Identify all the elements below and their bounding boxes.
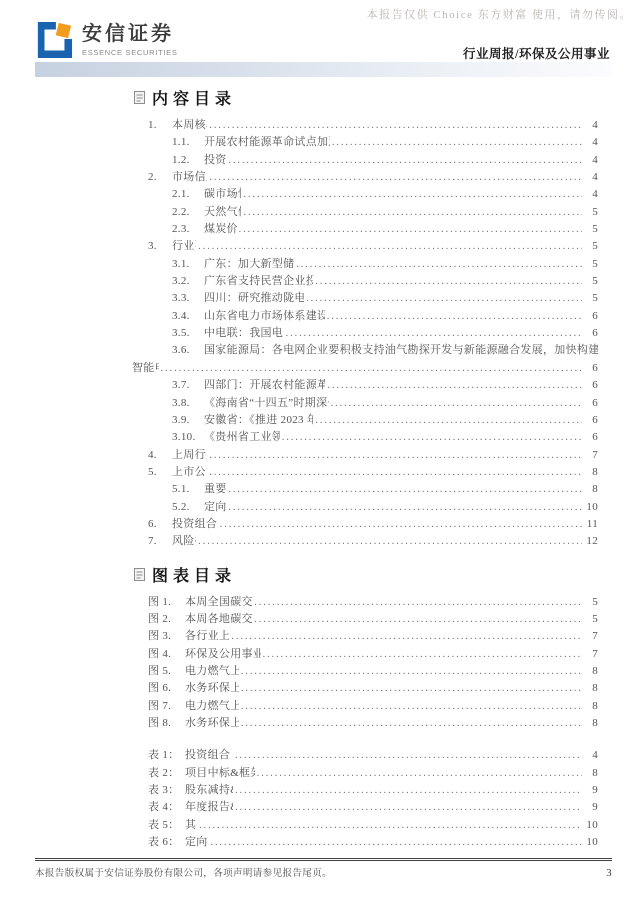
report-page: 本报告仅供 Choice 东方财富 使用，请勿传阅。 安信证券 ESSENCE …	[0, 0, 640, 905]
dot-leader	[241, 186, 582, 203]
dot-leader	[329, 395, 582, 412]
content-toc-heading: 内容目录	[132, 90, 598, 110]
entry-page: 5	[582, 204, 598, 221]
table-list: 表 1：投资组合 PE 和 EPS4表 2：项目中标&框架协议&对外投资8表 3…	[132, 747, 598, 851]
dot-leader	[304, 290, 582, 307]
entry-page: 5	[582, 594, 598, 611]
dot-leader	[218, 516, 582, 533]
dot-leader	[325, 377, 582, 394]
dot-leader	[207, 464, 582, 481]
entry-number: 2.	[148, 169, 172, 186]
entry-title: 智能电网	[132, 360, 159, 377]
entry-page: 9	[582, 782, 598, 799]
entry-page: 8	[582, 680, 598, 697]
table-entry: 表 2：项目中标&框架协议&对外投资8	[132, 765, 598, 782]
figure-entry: 图 5.电力燃气上周涨幅前十8	[132, 663, 598, 680]
entry-number: 3.1.	[172, 256, 204, 273]
entry-number: 表 5：	[148, 817, 185, 834]
entry-title: 开展农村能源革命试点加速绿电发展，“中特估”下继续看好核电估值提升	[204, 134, 330, 151]
entry-number: 1.2.	[172, 152, 204, 169]
figure-list: 图 1.本周全国碳交易市场交易情况5图 2.本周各地碳交易市场交易情况5图 3.…	[132, 594, 598, 733]
figure-entry: 图 4.环保及公用事业各板块上周涨跌幅7	[132, 646, 598, 663]
dot-leader	[159, 360, 582, 377]
dot-leader	[284, 325, 582, 342]
entry-title: 国家能源局：各电网企业要积极支持油气勘探开发与新能源融合发展，加快构建	[204, 342, 598, 359]
entry-page: 12	[582, 533, 598, 550]
entry-number: 图 1.	[148, 594, 185, 611]
entry-page: 6	[582, 395, 598, 412]
dot-leader	[325, 308, 582, 325]
toc-entry: 3.5.中电联：我国电气化发展态势持续向好6	[132, 325, 598, 342]
table-entry: 表 3：股东减持&股份质押9	[132, 782, 598, 799]
entry-number: 表 3：	[148, 782, 185, 799]
entry-page: 6	[582, 412, 598, 429]
dot-leader	[255, 765, 582, 782]
toc-entry: 3.3.四川：研究推动陇电入川、疆电入川、藏电入川工程5	[132, 290, 598, 307]
footer-page-number: 3	[606, 868, 612, 879]
entry-title: 市场信息跟踪	[172, 169, 207, 186]
dot-leader	[229, 628, 582, 645]
brand-name: 安信证券 ESSENCE SECURITIES	[82, 23, 178, 57]
dot-leader	[233, 782, 582, 799]
toc-section: 内容目录 1.本周核心观点41.1.开展农村能源革命试点加速绿电发展，“中特估”…	[132, 90, 598, 851]
toc-entry: 3.2.广东省支持民营企业投资建设抽水蓄能、风电等能源类项目5	[132, 273, 598, 290]
dot-leader	[226, 499, 582, 516]
dot-leader	[237, 221, 582, 238]
entry-number: 3.2.	[172, 273, 204, 290]
entry-title: 定向增发	[204, 499, 226, 516]
entry-number: 3.9.	[172, 412, 204, 429]
document-icon	[134, 90, 145, 110]
entry-title: 广东：加大新型储能关键技术和装备研发力度	[204, 256, 294, 273]
entry-number: 3.5.	[172, 325, 204, 342]
dot-leader	[196, 238, 582, 255]
toc-entry: 3.9.安徽省：《推进 2023 年度“绿岛”项目实施有关工作的通知》6	[132, 412, 598, 429]
entry-page: 7	[582, 628, 598, 645]
entry-number: 1.	[148, 117, 172, 134]
entry-page: 4	[582, 169, 598, 186]
dot-leader	[330, 134, 582, 151]
entry-number: 5.2.	[172, 499, 204, 516]
entry-page: 5	[582, 221, 598, 238]
dot-leader	[196, 533, 582, 550]
entry-number: 3.6.	[172, 342, 204, 359]
content-toc-title: 内容目录	[152, 90, 236, 110]
toc-entry: 3.行业要闻5	[132, 238, 598, 255]
entry-page: 6	[582, 360, 598, 377]
entry-title: 碳市场情况跟踪	[204, 186, 241, 203]
brand-name-cn: 安信证券	[82, 23, 178, 45]
toc-entry: 2.3.煤炭价格跟踪5	[132, 221, 598, 238]
entry-number: 图 8.	[148, 715, 185, 732]
entry-page: 9	[582, 799, 598, 816]
entry-number: 表 4：	[148, 799, 185, 816]
report-type-label: 行业周报/环保及公用事业	[463, 44, 610, 62]
dot-leader	[239, 698, 582, 715]
entry-title: 安徽省：《推进 2023 年度“绿岛”项目实施有关工作的通知》	[204, 412, 313, 429]
toc-entry: 4.上周行业走势7	[132, 447, 598, 464]
table-entry: 表 1：投资组合 PE 和 EPS4	[132, 747, 598, 764]
toc-entry: 1.2.投资组合4	[132, 152, 598, 169]
dot-leader	[207, 169, 582, 186]
entry-number: 表 1：	[148, 747, 185, 764]
entry-page: 6	[582, 308, 598, 325]
watermark-text: 本报告仅供 Choice 东方财富 使用，请勿传阅。	[367, 6, 632, 22]
entry-page: 6	[582, 325, 598, 342]
entry-title: 四川：研究推动陇电入川、疆电入川、藏电入川工程	[204, 290, 304, 307]
entry-page: 6	[582, 429, 598, 446]
entry-number: 6.	[148, 516, 172, 533]
dot-leader	[207, 117, 582, 134]
toc-entry: 5.1.重要公告8	[132, 481, 598, 498]
toc-entry: 7.风险提示12	[132, 533, 598, 550]
entry-page: 8	[582, 698, 598, 715]
dot-leader	[261, 646, 582, 663]
toc-entry: 6.投资组合推荐逻辑11	[132, 516, 598, 533]
dot-leader	[239, 663, 582, 680]
entry-page: 7	[582, 646, 598, 663]
entry-title: 风险提示	[172, 533, 196, 550]
entry-title: 广东省支持民营企业投资建设抽水蓄能、风电等能源类项目	[204, 273, 313, 290]
dot-leader	[294, 256, 582, 273]
dot-leader	[252, 611, 582, 628]
entry-title: 煤炭价格跟踪	[204, 221, 237, 238]
entry-number: 5.	[148, 464, 172, 481]
dot-leader	[313, 273, 582, 290]
entry-page: 5	[582, 256, 598, 273]
figure-entry: 图 7.电力燃气上周跌幅前十8	[132, 698, 598, 715]
entry-title: 上市公司动态	[172, 464, 207, 481]
entry-page: 4	[582, 186, 598, 203]
entry-title: 年度报告&业绩快报	[185, 799, 233, 816]
toc-entry: 2.1.碳市场情况跟踪4	[132, 186, 598, 203]
entry-title: 其他	[185, 817, 197, 834]
entry-page: 4	[582, 747, 598, 764]
content-toc-list: 1.本周核心观点41.1.开展农村能源革命试点加速绿电发展，“中特估”下继续看好…	[132, 117, 598, 551]
entry-title: 电力燃气上周涨幅前十	[185, 663, 239, 680]
entry-page: 8	[582, 663, 598, 680]
dot-leader	[241, 204, 582, 221]
entry-page: 5	[582, 290, 598, 307]
entry-number: 3.3.	[172, 290, 204, 307]
entry-number: 3.	[148, 238, 172, 255]
entry-number: 1.1.	[172, 134, 204, 151]
entry-number: 图 2.	[148, 611, 185, 628]
entry-page: 10	[582, 499, 598, 516]
entry-page: 8	[582, 715, 598, 732]
entry-title: 水务环保上周跌幅前十	[185, 715, 239, 732]
entry-title: 上周行业走势	[172, 447, 207, 464]
entry-page: 4	[582, 134, 598, 151]
entry-title: 重要公告	[204, 481, 226, 498]
entry-title: 中电联：我国电气化发展态势持续向好	[204, 325, 284, 342]
entry-title: 行业要闻	[172, 238, 196, 255]
dot-leader	[313, 412, 582, 429]
entry-number: 3.4.	[172, 308, 204, 325]
entry-number: 图 6.	[148, 680, 185, 697]
entry-number: 图 4.	[148, 646, 185, 663]
toc-entry: 2.2.天然气价格跟踪5	[132, 204, 598, 221]
dot-leader	[207, 447, 582, 464]
header-divider-bar	[35, 62, 612, 77]
toc-entry: 3.6.国家能源局：各电网企业要积极支持油气勘探开发与新能源融合发展，加快构建	[132, 342, 598, 359]
table-entry: 表 4：年度报告&业绩快报9	[132, 799, 598, 816]
entry-number: 7.	[148, 533, 172, 550]
entry-number: 2.1.	[172, 186, 204, 203]
entry-number: 表 6：	[148, 834, 185, 851]
entry-page: 5	[582, 611, 598, 628]
dot-leader	[239, 680, 582, 697]
toc-entry: 3.7.四部门：开展农村能源革命试点县建设 建立可再生能源多元供能体系6	[132, 377, 598, 394]
brand-logo-icon	[35, 21, 73, 59]
toc-entry: 2.市场信息跟踪4	[132, 169, 598, 186]
entry-title: 山东省电力市场体系建设工作分工方案：鼓励售电公司创新商业模式	[204, 308, 325, 325]
entry-title: 定向增发	[185, 834, 208, 851]
entry-title: 《贵州省工业领域碳达峰实施方案》	[204, 429, 280, 446]
entry-title: 环保及公用事业各板块上周涨跌幅	[185, 646, 261, 663]
toc-entry: 1.本周核心观点4	[132, 117, 598, 134]
entry-number: 图 7.	[148, 698, 185, 715]
entry-number: 3.10.	[172, 429, 204, 446]
dot-leader	[233, 799, 582, 816]
toc-entry: 3.8.《海南省“十四五”时期深化价格机制改革实施方案》：持续深化电价改革6	[132, 395, 598, 412]
figure-entry: 图 1.本周全国碳交易市场交易情况5	[132, 594, 598, 611]
entry-page: 7	[582, 447, 598, 464]
entry-title: 水务环保上周涨幅前十	[185, 680, 239, 697]
entry-page: 6	[582, 377, 598, 394]
figure-entry: 图 2.本周各地碳交易市场交易情况5	[132, 611, 598, 628]
figure-entry: 图 3.各行业上周涨跌幅7	[132, 628, 598, 645]
entry-title: 天然气价格跟踪	[204, 204, 241, 221]
dot-leader	[280, 429, 582, 446]
dot-leader	[233, 747, 582, 764]
dot-leader	[226, 481, 582, 498]
brand-name-en: ESSENCE SECURITIES	[82, 48, 178, 57]
entry-title: 本周核心观点	[172, 117, 207, 134]
dot-leader	[226, 152, 582, 169]
entry-page: 10	[582, 817, 598, 834]
entry-title: 股东减持&股份质押	[185, 782, 233, 799]
entry-title: 投资组合 PE 和 EPS	[185, 747, 233, 764]
entry-number: 3.7.	[172, 377, 204, 394]
entry-number: 2.3.	[172, 221, 204, 238]
entry-number: 图 5.	[148, 663, 185, 680]
entry-title: 投资组合推荐逻辑	[172, 516, 218, 533]
toc-entry: 3.1.广东：加大新型储能关键技术和装备研发力度5	[132, 256, 598, 273]
entry-title: 四部门：开展农村能源革命试点县建设 建立可再生能源多元供能体系	[204, 377, 325, 394]
entry-page: 4	[582, 117, 598, 134]
brand-header: 安信证券 ESSENCE SECURITIES	[35, 21, 178, 59]
entry-number: 2.2.	[172, 204, 204, 221]
dot-leader	[197, 817, 582, 834]
figure-toc-heading: 图表目录	[132, 567, 598, 587]
footer-copyright: 本报告版权属于安信证券股份有限公司，各项声明请参见报告尾页。	[35, 865, 332, 879]
entry-page: 5	[582, 273, 598, 290]
entry-number: 表 2：	[148, 765, 185, 782]
entry-number: 4.	[148, 447, 172, 464]
figure-toc-title: 图表目录	[152, 567, 236, 587]
toc-entry: 3.4.山东省电力市场体系建设工作分工方案：鼓励售电公司创新商业模式6	[132, 308, 598, 325]
document-icon	[134, 567, 145, 587]
dot-leader	[239, 715, 582, 732]
entry-page: 8	[582, 765, 598, 782]
entry-title: 电力燃气上周跌幅前十	[185, 698, 239, 715]
table-entry: 表 6：定向增发10	[132, 834, 598, 851]
figure-entry: 图 8.水务环保上周跌幅前十8	[132, 715, 598, 732]
table-entry: 表 5：其他10	[132, 817, 598, 834]
entry-page: 10	[582, 834, 598, 851]
entry-title: 投资组合	[204, 152, 226, 169]
entry-title: 《海南省“十四五”时期深化价格机制改革实施方案》：持续深化电价改革	[204, 395, 329, 412]
dot-leader	[208, 834, 582, 851]
entry-title: 本周全国碳交易市场交易情况	[185, 594, 252, 611]
entry-page: 11	[582, 516, 598, 533]
page-footer: 本报告版权属于安信证券股份有限公司，各项声明请参见报告尾页。 3	[35, 858, 612, 879]
toc-entry: 5.上市公司动态8	[132, 464, 598, 481]
entry-page: 4	[582, 152, 598, 169]
entry-number: 图 3.	[148, 628, 185, 645]
entry-number: 5.1.	[172, 481, 204, 498]
toc-entry: 1.1.开展农村能源革命试点加速绿电发展，“中特估”下继续看好核电估值提升4	[132, 134, 598, 151]
entry-number: 3.8.	[172, 395, 204, 412]
figure-entry: 图 6.水务环保上周涨幅前十8	[132, 680, 598, 697]
entry-page: 8	[582, 464, 598, 481]
dot-leader	[252, 594, 582, 611]
entry-title: 本周各地碳交易市场交易情况	[185, 611, 252, 628]
toc-entry-continuation: 智能电网6	[132, 360, 598, 377]
toc-entry: 3.10.《贵州省工业领域碳达峰实施方案》6	[132, 429, 598, 446]
entry-title: 项目中标&框架协议&对外投资	[185, 765, 255, 782]
entry-page: 5	[582, 238, 598, 255]
entry-page: 8	[582, 481, 598, 498]
entry-title: 各行业上周涨跌幅	[185, 628, 229, 645]
toc-entry: 5.2.定向增发10	[132, 499, 598, 516]
